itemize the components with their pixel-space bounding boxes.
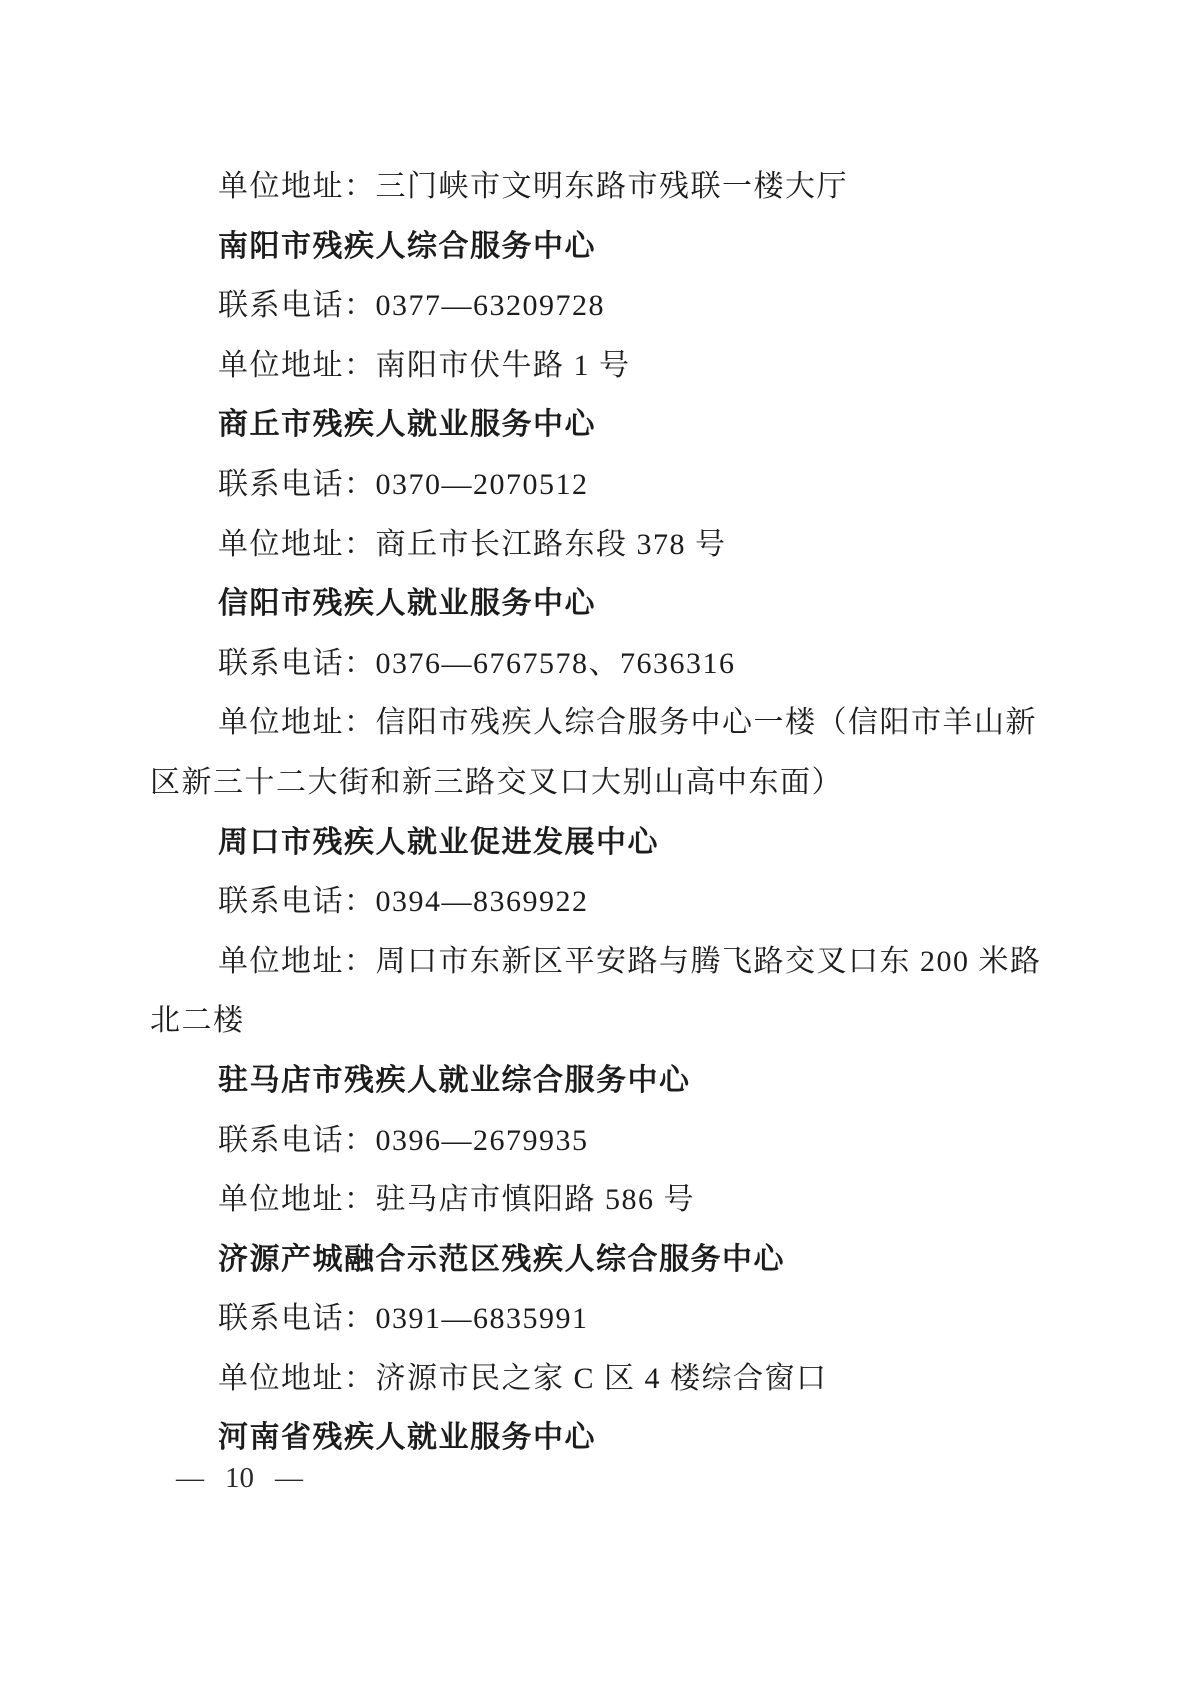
address-line: 单位地址：周口市东新区平安路与腾飞路交叉口东 200 米路 [150, 932, 1050, 992]
center-name-heading: 周口市残疾人就业促进发展中心 [150, 813, 1050, 873]
center-name-heading: 河南省残疾人就业服务中心 [150, 1408, 1050, 1468]
phone-line: 联系电话：0376—6767578、7636316 [150, 634, 1050, 694]
footer-right-dash: — [275, 1463, 303, 1495]
address-line-continued: 北二楼 [150, 991, 1050, 1051]
document-page: 单位地址：三门峡市文明东路市残联一楼大厅南阳市残疾人综合服务中心联系电话：037… [0, 0, 1190, 1682]
address-line: 单位地址：三门峡市文明东路市残联一楼大厅 [150, 157, 1050, 217]
phone-line: 联系电话：0377—63209728 [150, 276, 1050, 336]
address-line-continued: 区新三十二大街和新三路交叉口大别山高中东面） [150, 753, 1050, 813]
address-line: 单位地址：信阳市残疾人综合服务中心一楼（信阳市羊山新 [150, 693, 1050, 753]
address-line: 单位地址：南阳市伏牛路 1 号 [150, 336, 1050, 396]
footer-left-dash: — [176, 1463, 204, 1495]
address-line: 单位地址：商丘市长江路东段 378 号 [150, 515, 1050, 575]
phone-line: 联系电话：0394—8369922 [150, 872, 1050, 932]
phone-line: 联系电话：0396—2679935 [150, 1111, 1050, 1171]
address-line: 单位地址：驻马店市慎阳路 586 号 [150, 1170, 1050, 1230]
address-line: 单位地址：济源市民之家 C 区 4 楼综合窗口 [150, 1349, 1050, 1409]
page-footer: — 10 — [176, 1462, 303, 1495]
document-body: 单位地址：三门峡市文明东路市残联一楼大厅南阳市残疾人综合服务中心联系电话：037… [150, 157, 1050, 1468]
center-name-heading: 驻马店市残疾人就业综合服务中心 [150, 1051, 1050, 1111]
center-name-heading: 济源产城融合示范区残疾人综合服务中心 [150, 1230, 1050, 1290]
center-name-heading: 商丘市残疾人就业服务中心 [150, 395, 1050, 455]
phone-line: 联系电话：0391—6835991 [150, 1289, 1050, 1349]
center-name-heading: 信阳市残疾人就业服务中心 [150, 574, 1050, 634]
page-number: 10 [225, 1462, 254, 1495]
center-name-heading: 南阳市残疾人综合服务中心 [150, 217, 1050, 277]
phone-line: 联系电话：0370—2070512 [150, 455, 1050, 515]
